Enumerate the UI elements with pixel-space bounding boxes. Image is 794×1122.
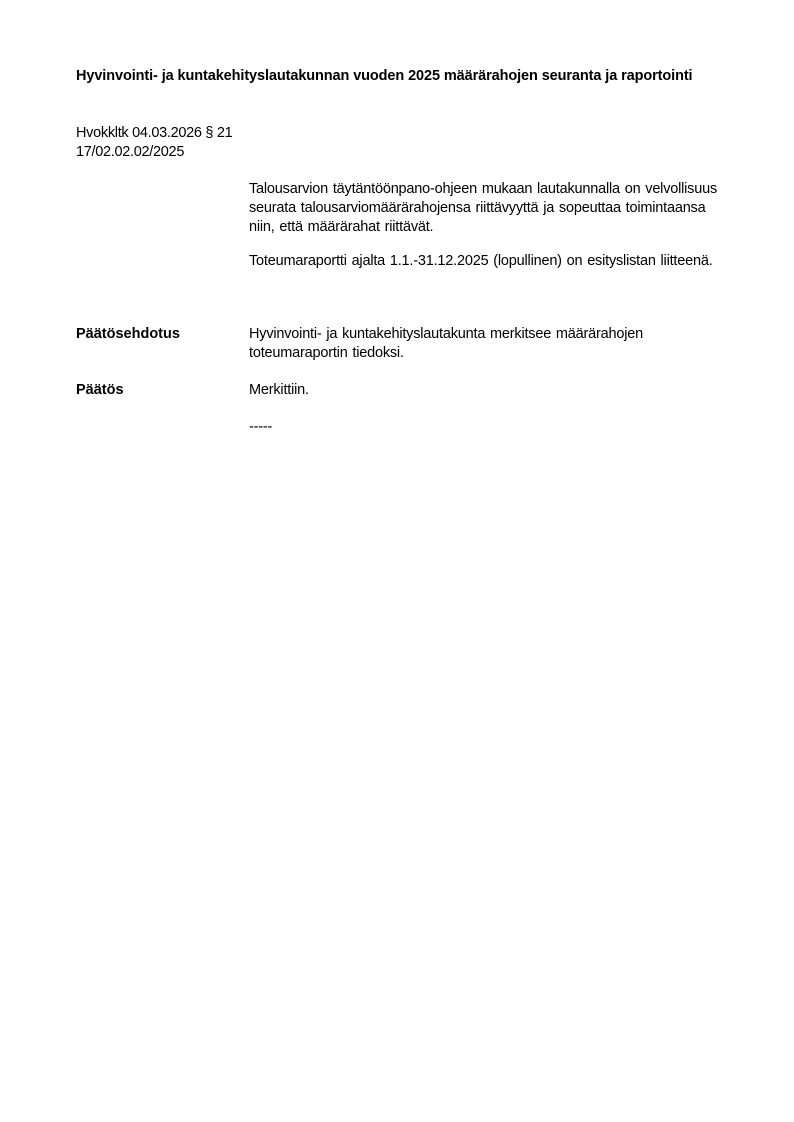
case-number: 17/02.02.02/2025: [76, 143, 184, 162]
meeting-reference: Hvokkltk 04.03.2026 § 21: [76, 124, 232, 143]
end-mark: -----: [249, 418, 719, 437]
document-title: Hyvinvointi- ja kuntakehityslautakunnan …: [76, 67, 716, 86]
document-page: Hyvinvointi- ja kuntakehityslautakunnan …: [0, 0, 794, 1122]
decision-text: Merkittiin.: [249, 381, 719, 400]
decision-label: Päätös: [76, 381, 124, 400]
proposal-label: Päätösehdotus: [76, 325, 180, 344]
proposal-text: Hyvinvointi- ja kuntakehityslautakunta m…: [249, 325, 719, 363]
paragraph-budget-obligation: Talousarvion täytäntöönpano-ohjeen mukaa…: [249, 180, 719, 237]
paragraph-report-attachment: Toteumaraportti ajalta 1.1.-31.12.2025 (…: [249, 252, 719, 271]
